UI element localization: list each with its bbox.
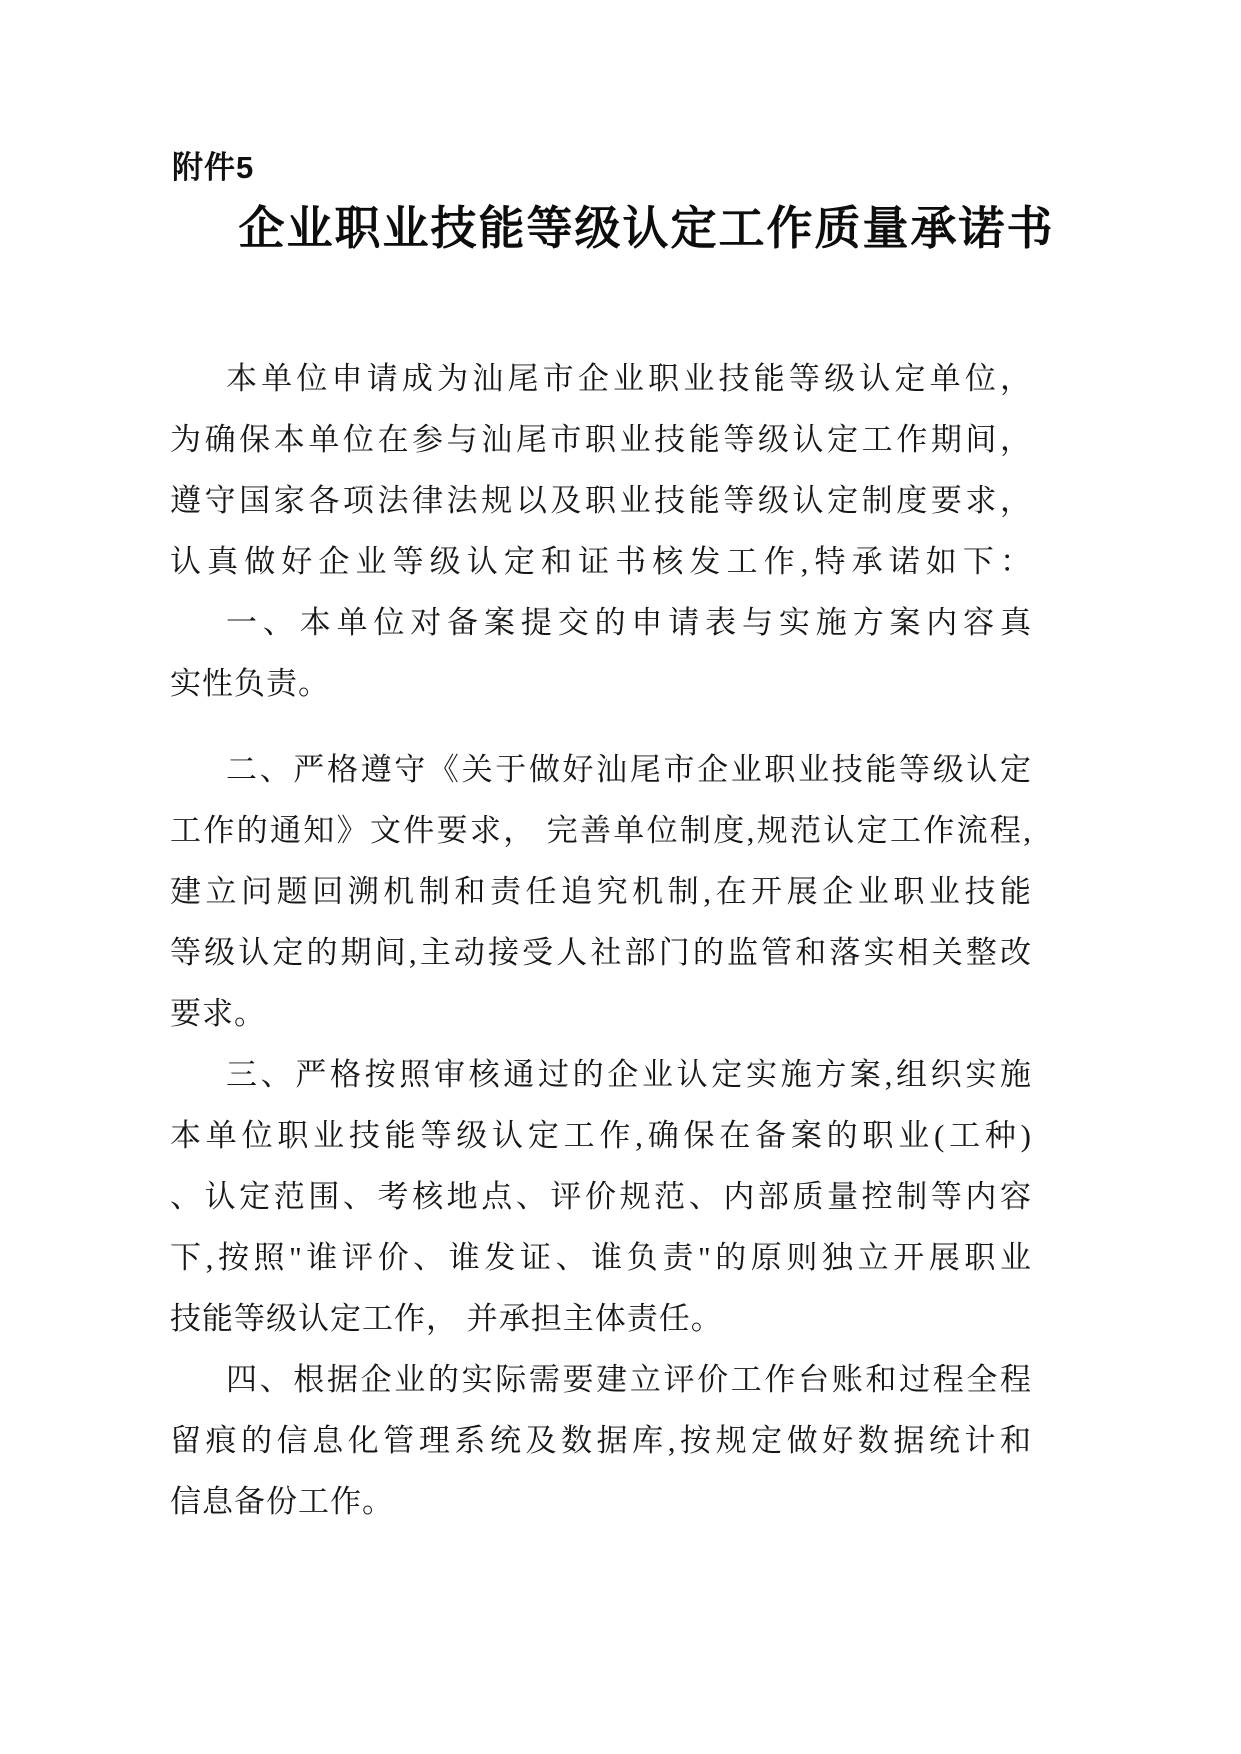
paragraph-item-4: 四、根据企业的实际需要建立评价工作台账和过程全程 留痕的信息化管理系统及数据库,… bbox=[170, 1349, 1032, 1532]
text-line: 工作的通知》文件要求， 完善单位制度,规范认定工作流程, bbox=[170, 800, 1032, 861]
paragraph-item-1: 一、本单位对备案提交的申请表与实施方案内容真 实性负责。 bbox=[170, 592, 1032, 714]
text-line: 等级认定的期间,主动接受人社部门的监管和落实相关整改 bbox=[170, 922, 1032, 983]
document-page: 附件5 企业职业技能等级认定工作质量承诺书 本单位申请成为汕尾市企业职业技能等级… bbox=[0, 0, 1241, 1754]
text-line: 要求。 bbox=[170, 983, 1032, 1044]
paragraph-item-2: 二、严格遵守《关于做好汕尾市企业职业技能等级认定 工作的通知》文件要求， 完善单… bbox=[170, 739, 1032, 1044]
text-line: 、认定范围、考核地点、评价规范、内部质量控制等内容 bbox=[170, 1166, 1032, 1227]
text-line: 本单位职业技能等级认定工作,确保在备案的职业(工种) bbox=[170, 1105, 1032, 1166]
text-line: 下,按照"谁评价、谁发证、谁负责"的原则独立开展职业 bbox=[170, 1227, 1032, 1288]
document-body: 本单位申请成为汕尾市企业职业技能等级认定单位， 为确保本单位在参与汕尾市职业技能… bbox=[170, 348, 1032, 1532]
text-line: 遵守国家各项法律法规以及职业技能等级认定制度要求， bbox=[170, 470, 1032, 531]
text-line: 三、严格按照审核通过的企业认定实施方案,组织实施 bbox=[170, 1044, 1032, 1105]
text-line: 二、严格遵守《关于做好汕尾市企业职业技能等级认定 bbox=[170, 739, 1032, 800]
document-title: 企业职业技能等级认定工作质量承诺书 bbox=[0, 192, 1241, 258]
text-line: 认真做好企业等级认定和证书核发工作,特承诺如下： bbox=[170, 531, 1032, 592]
text-line: 实性负责。 bbox=[170, 653, 1032, 714]
text-line: 一、本单位对备案提交的申请表与实施方案内容真 bbox=[170, 592, 1032, 653]
text-line: 建立问题回溯机制和责任追究机制,在开展企业职业技能 bbox=[170, 861, 1032, 922]
attachment-label: 附件5 bbox=[172, 142, 254, 187]
text-line: 留痕的信息化管理系统及数据库,按规定做好数据统计和 bbox=[170, 1410, 1032, 1471]
text-line: 本单位申请成为汕尾市企业职业技能等级认定单位， bbox=[170, 348, 1032, 409]
text-line: 技能等级认定工作， 并承担主体责任。 bbox=[170, 1288, 1032, 1349]
paragraph-intro: 本单位申请成为汕尾市企业职业技能等级认定单位， 为确保本单位在参与汕尾市职业技能… bbox=[170, 348, 1032, 592]
text-line: 信息备份工作。 bbox=[170, 1471, 1032, 1532]
text-line: 四、根据企业的实际需要建立评价工作台账和过程全程 bbox=[170, 1349, 1032, 1410]
paragraph-item-3: 三、严格按照审核通过的企业认定实施方案,组织实施 本单位职业技能等级认定工作,确… bbox=[170, 1044, 1032, 1349]
text-line: 为确保本单位在参与汕尾市职业技能等级认定工作期间， bbox=[170, 409, 1032, 470]
